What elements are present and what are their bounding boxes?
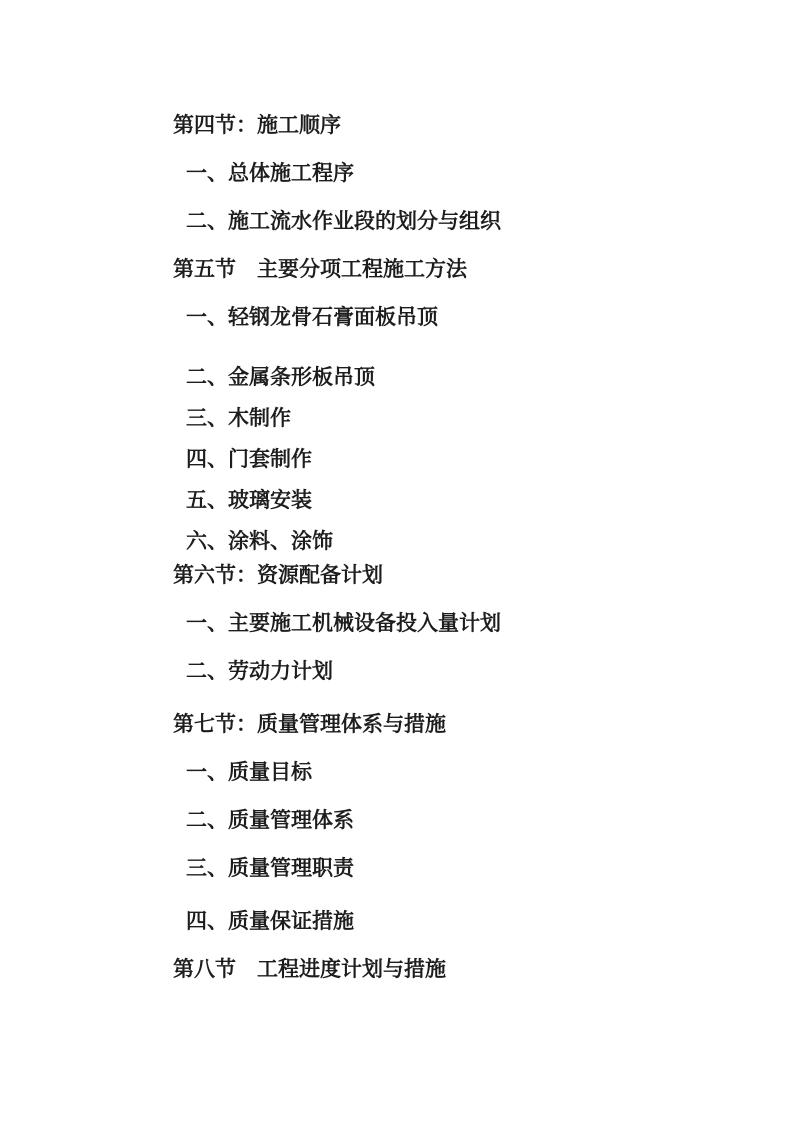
subsection-item-line: 二、劳动力计划 (0, 658, 793, 686)
subsection-item-line: 三、质量管理职责 (0, 855, 793, 883)
document-page: 第四节：施工顺序一、总体施工程序二、施工流水作业段的划分与组织第五节 主要分项工… (0, 0, 793, 1122)
subsection-item-line: 六、涂料、涂饰 (0, 528, 793, 556)
subsection-item-line: 五、玻璃安装 (0, 487, 793, 515)
subsection-item-line: 一、质量目标 (0, 759, 793, 787)
section-heading-line: 第八节 工程进度计划与措施 (0, 956, 793, 984)
subsection-item-line: 四、门套制作 (0, 446, 793, 474)
toc-list: 第四节：施工顺序一、总体施工程序二、施工流水作业段的划分与组织第五节 主要分项工… (0, 0, 793, 984)
section-heading-line: 第四节：施工顺序 (0, 112, 793, 140)
section-heading-line: 第五节 主要分项工程施工方法 (0, 256, 793, 284)
subsection-item-line: 四、质量保证措施 (0, 908, 793, 936)
subsection-item-line: 二、质量管理体系 (0, 807, 793, 835)
section-heading-line: 第七节：质量管理体系与措施 (0, 711, 793, 739)
subsection-item-line: 一、总体施工程序 (0, 160, 793, 188)
subsection-item-line: 三、木制作 (0, 405, 793, 433)
subsection-item-line: 二、金属条形板吊顶 (0, 364, 793, 392)
subsection-item-line: 一、轻钢龙骨石膏面板吊顶 (0, 304, 793, 332)
subsection-item-line: 一、主要施工机械设备投入量计划 (0, 610, 793, 638)
section-heading-line: 第六节：资源配备计划 (0, 562, 793, 590)
subsection-item-line: 二、施工流水作业段的划分与组织 (0, 208, 793, 236)
